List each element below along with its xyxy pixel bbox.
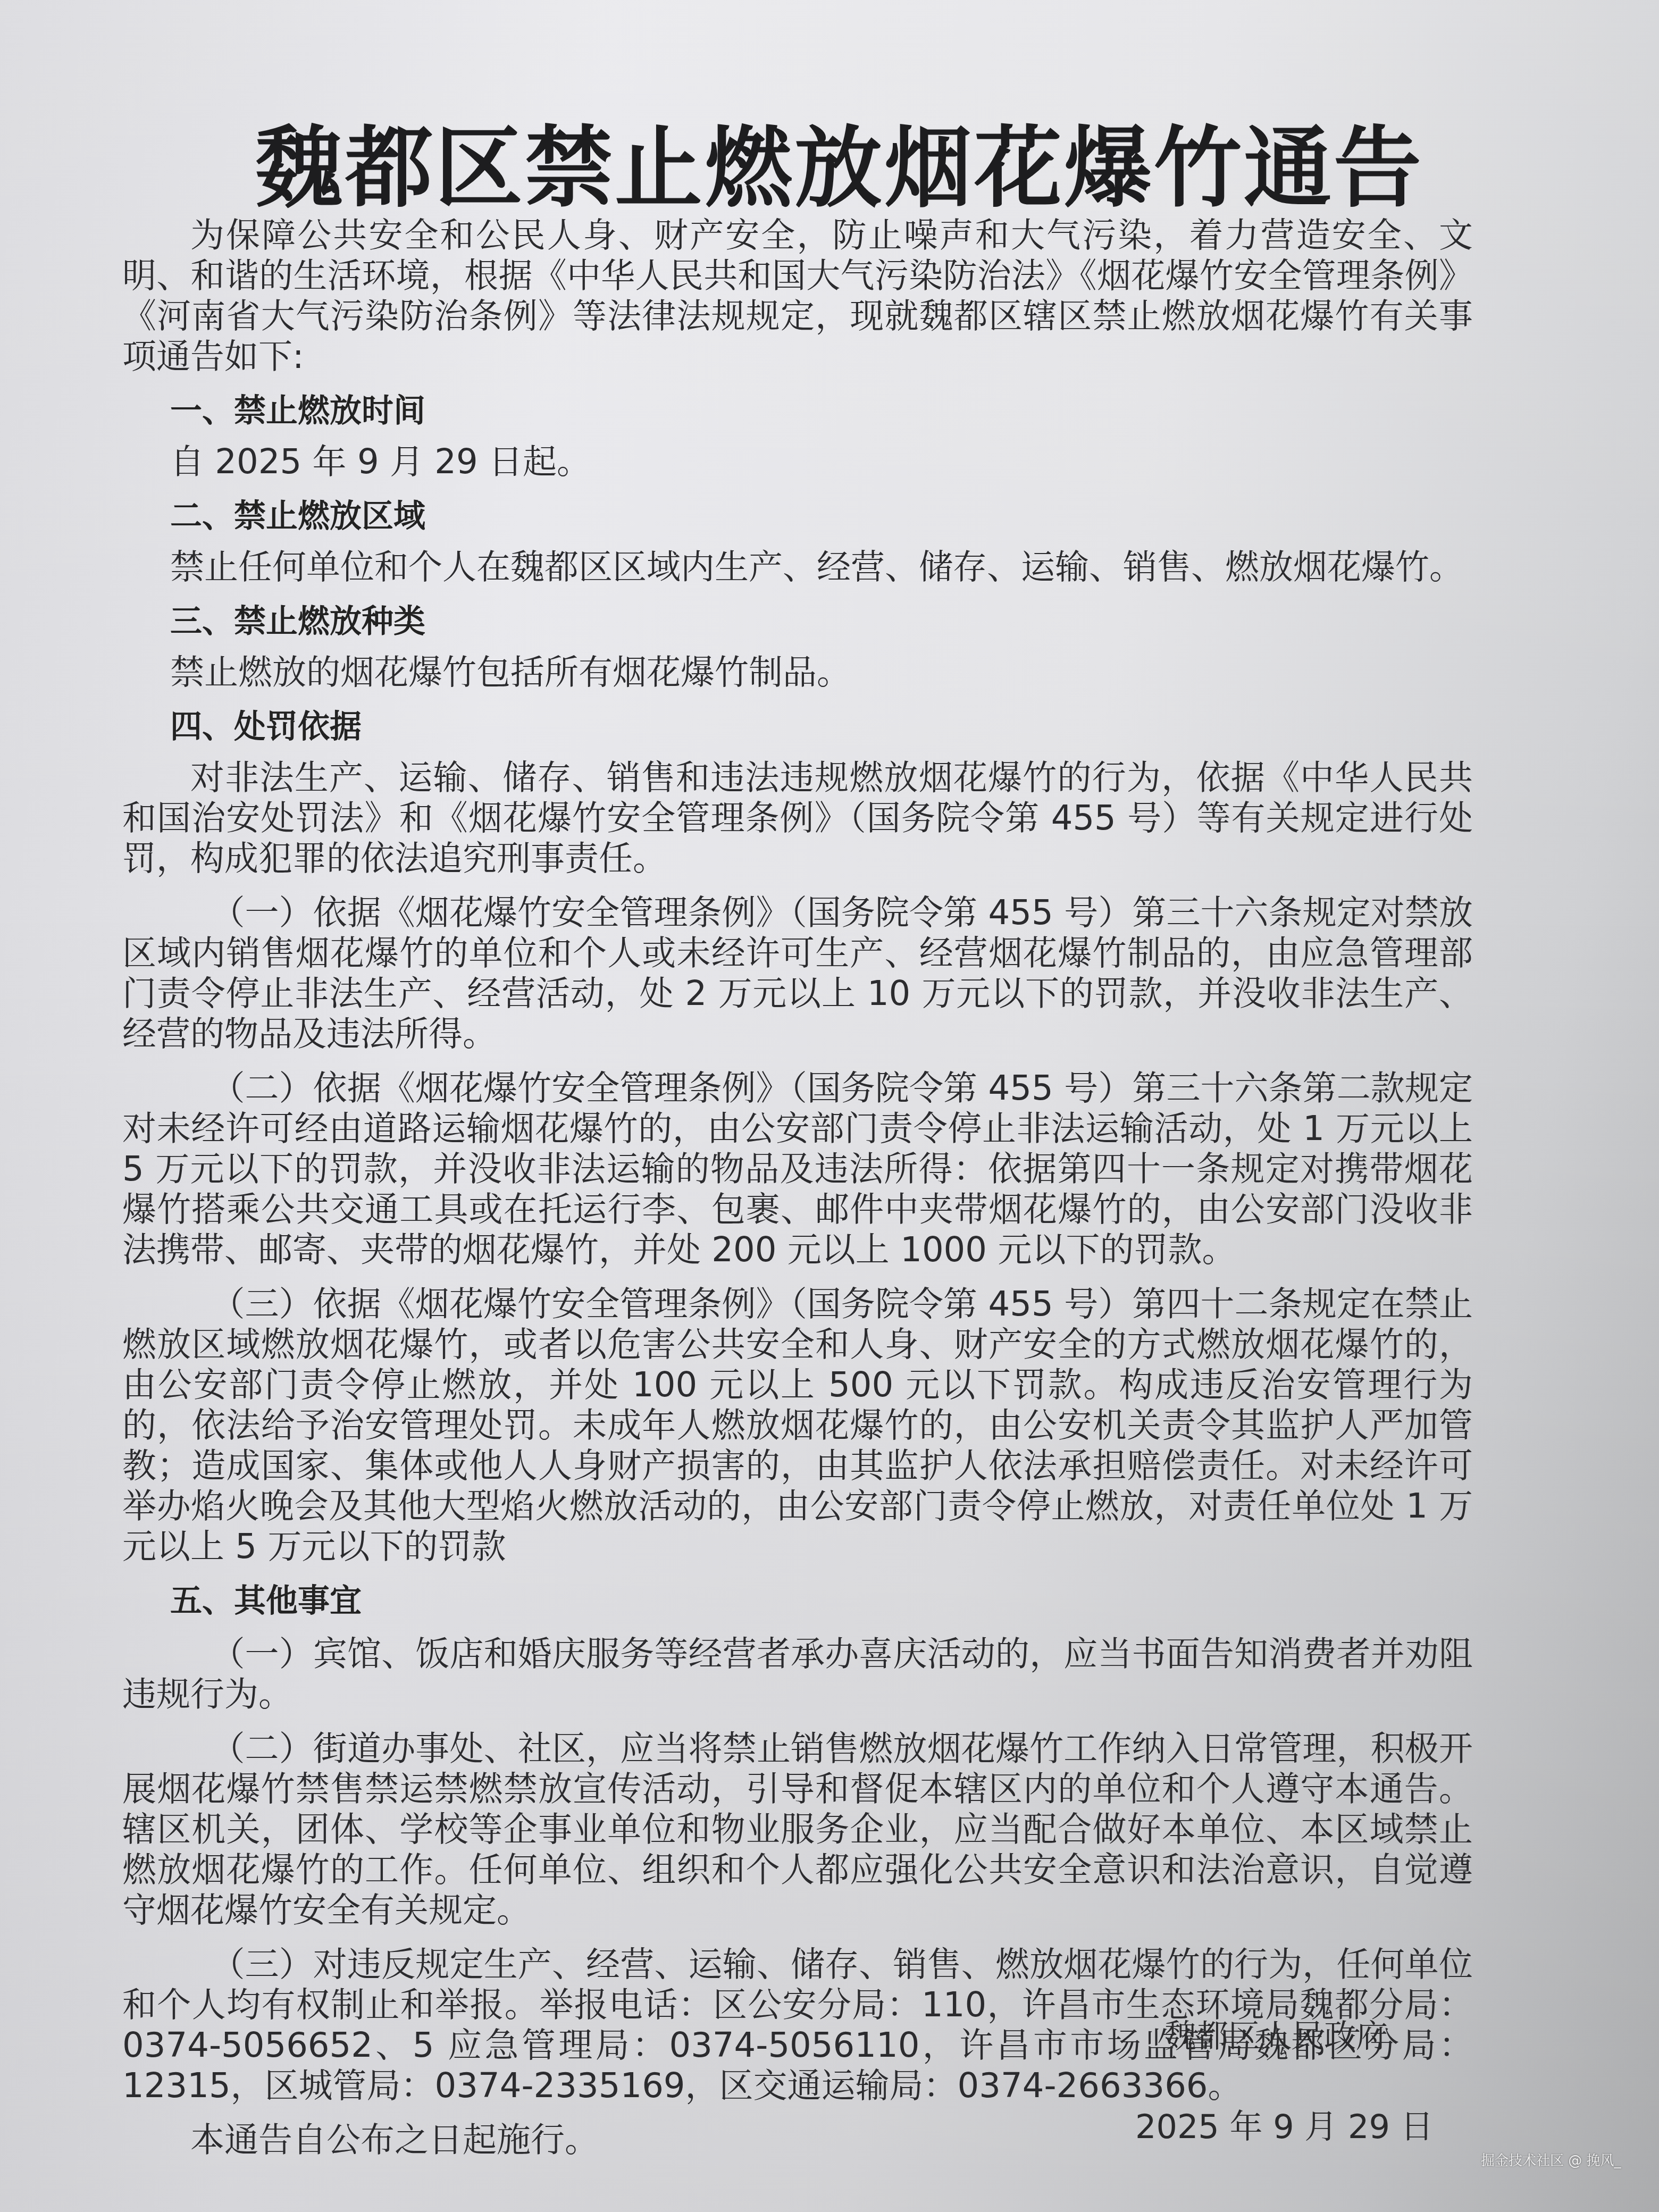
section-body-types: 禁止燃放的烟花爆竹包括所有烟花爆竹制品。 (170, 652, 1473, 693)
section-heading-penalties: 四、处罚依据 (170, 707, 1473, 747)
section-body-penalties: 对非法生产、运输、储存、销售和违法违规燃放烟花爆竹的行为，依据《中华人民共和国治… (122, 758, 1473, 879)
issuer-signature: 魏都区人民政府 (1164, 2011, 1388, 2057)
penalty-item-1: （一）依据《烟花爆竹安全管理条例》（国务院令第 455 号）第三十六条规定对禁放… (122, 893, 1473, 1054)
section-body-time: 自 2025 年 9 月 29 日起。 (170, 442, 1473, 482)
issue-date: 2025 年 9 月 29 日 (1135, 2100, 1434, 2148)
notice-title: 魏都区禁止燃放烟花爆竹通告 (255, 120, 1404, 217)
section-heading-types: 三、禁止燃放种类 (170, 601, 1473, 642)
intro-paragraph: 为保障公共安全和公民人身、财产安全，防止噪声和大气污染，着力营造安全、文明、和谐… (122, 215, 1473, 377)
notice-body: 为保障公共安全和公民人身、财产安全，防止噪声和大气污染，着力营造安全、文明、和谐… (122, 215, 1473, 2174)
watermark: 掘金技术社区 @ 挽风_ (1481, 2150, 1621, 2169)
penalty-item-2: （二）依据《烟花爆竹安全管理条例》（国务院令第 455 号）第三十六条第二款规定… (122, 1068, 1473, 1270)
section-heading-other: 五、其他事宜 (170, 1581, 1473, 1621)
other-item-1: （一）宾馆、饭店和婚庆服务等经营者承办喜庆活动的，应当书面告知消费者并劝阻违规行… (122, 1634, 1473, 1715)
section-body-area: 禁止任何单位和个人在魏都区区域内生产、经营、储存、运输、销售、燃放烟花爆竹。 (170, 547, 1473, 588)
penalty-item-3: （三）依据《烟花爆竹安全管理条例》（国务院令第 455 号）第四十二条规定在禁止… (122, 1284, 1473, 1567)
section-heading-time: 一、禁止燃放时间 (170, 391, 1473, 431)
other-item-2: （二）街道办事处、社区，应当将禁止销售燃放烟花爆竹工作纳入日常管理，积极开展烟花… (122, 1729, 1473, 1931)
section-heading-area: 二、禁止燃放区域 (170, 496, 1473, 537)
